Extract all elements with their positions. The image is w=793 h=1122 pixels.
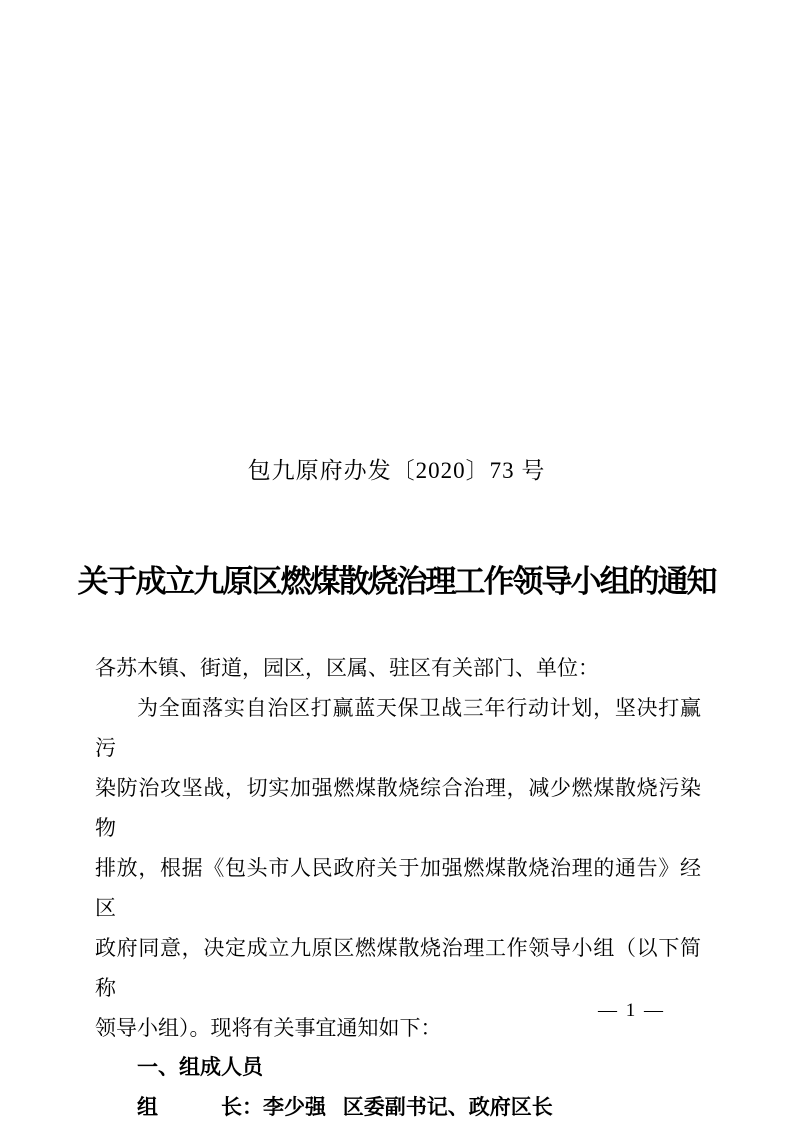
- page-title: 关于成立九原区燃煤散烧治理工作领导小组的通知: [0, 556, 793, 601]
- section-heading: 一、组成人员: [95, 1048, 701, 1088]
- salutation-line: 各苏木镇、街道，园区，区属、驻区有关部门、单位：: [95, 648, 701, 688]
- leader-name: 李少强: [263, 1096, 326, 1119]
- paragraph-line: 排放，根据《包头市人民政府关于加强燃煤散烧治理的通告》经区: [95, 848, 701, 928]
- page-number: — 1 —: [598, 1000, 665, 1022]
- paragraph-line: 染防治攻坚战，切实加强燃煤散烧综合治理，减少燃煤散烧污染物: [95, 768, 701, 848]
- leader-role-label: 组 长：: [137, 1096, 263, 1119]
- document-body: 各苏木镇、街道，园区，区属、驻区有关部门、单位： 为全面落实自治区打赢蓝天保卫战…: [95, 648, 701, 1122]
- paragraph-line: 政府同意，决定成立九原区燃煤散烧治理工作领导小组（以下简称: [95, 928, 701, 1008]
- document-number: 包九原府办发〔2020〕73 号: [0, 452, 793, 485]
- leader-title: 区委副书记、政府区长: [343, 1096, 553, 1119]
- document-page: 包九原府办发〔2020〕73 号 关于成立九原区燃煤散烧治理工作领导小组的通知 …: [0, 0, 793, 1122]
- leader-row: 组 长：李少强区委副书记、政府区长: [95, 1088, 701, 1122]
- paragraph-line: 为全面落实自治区打赢蓝天保卫战三年行动计划，坚决打赢污: [95, 688, 701, 768]
